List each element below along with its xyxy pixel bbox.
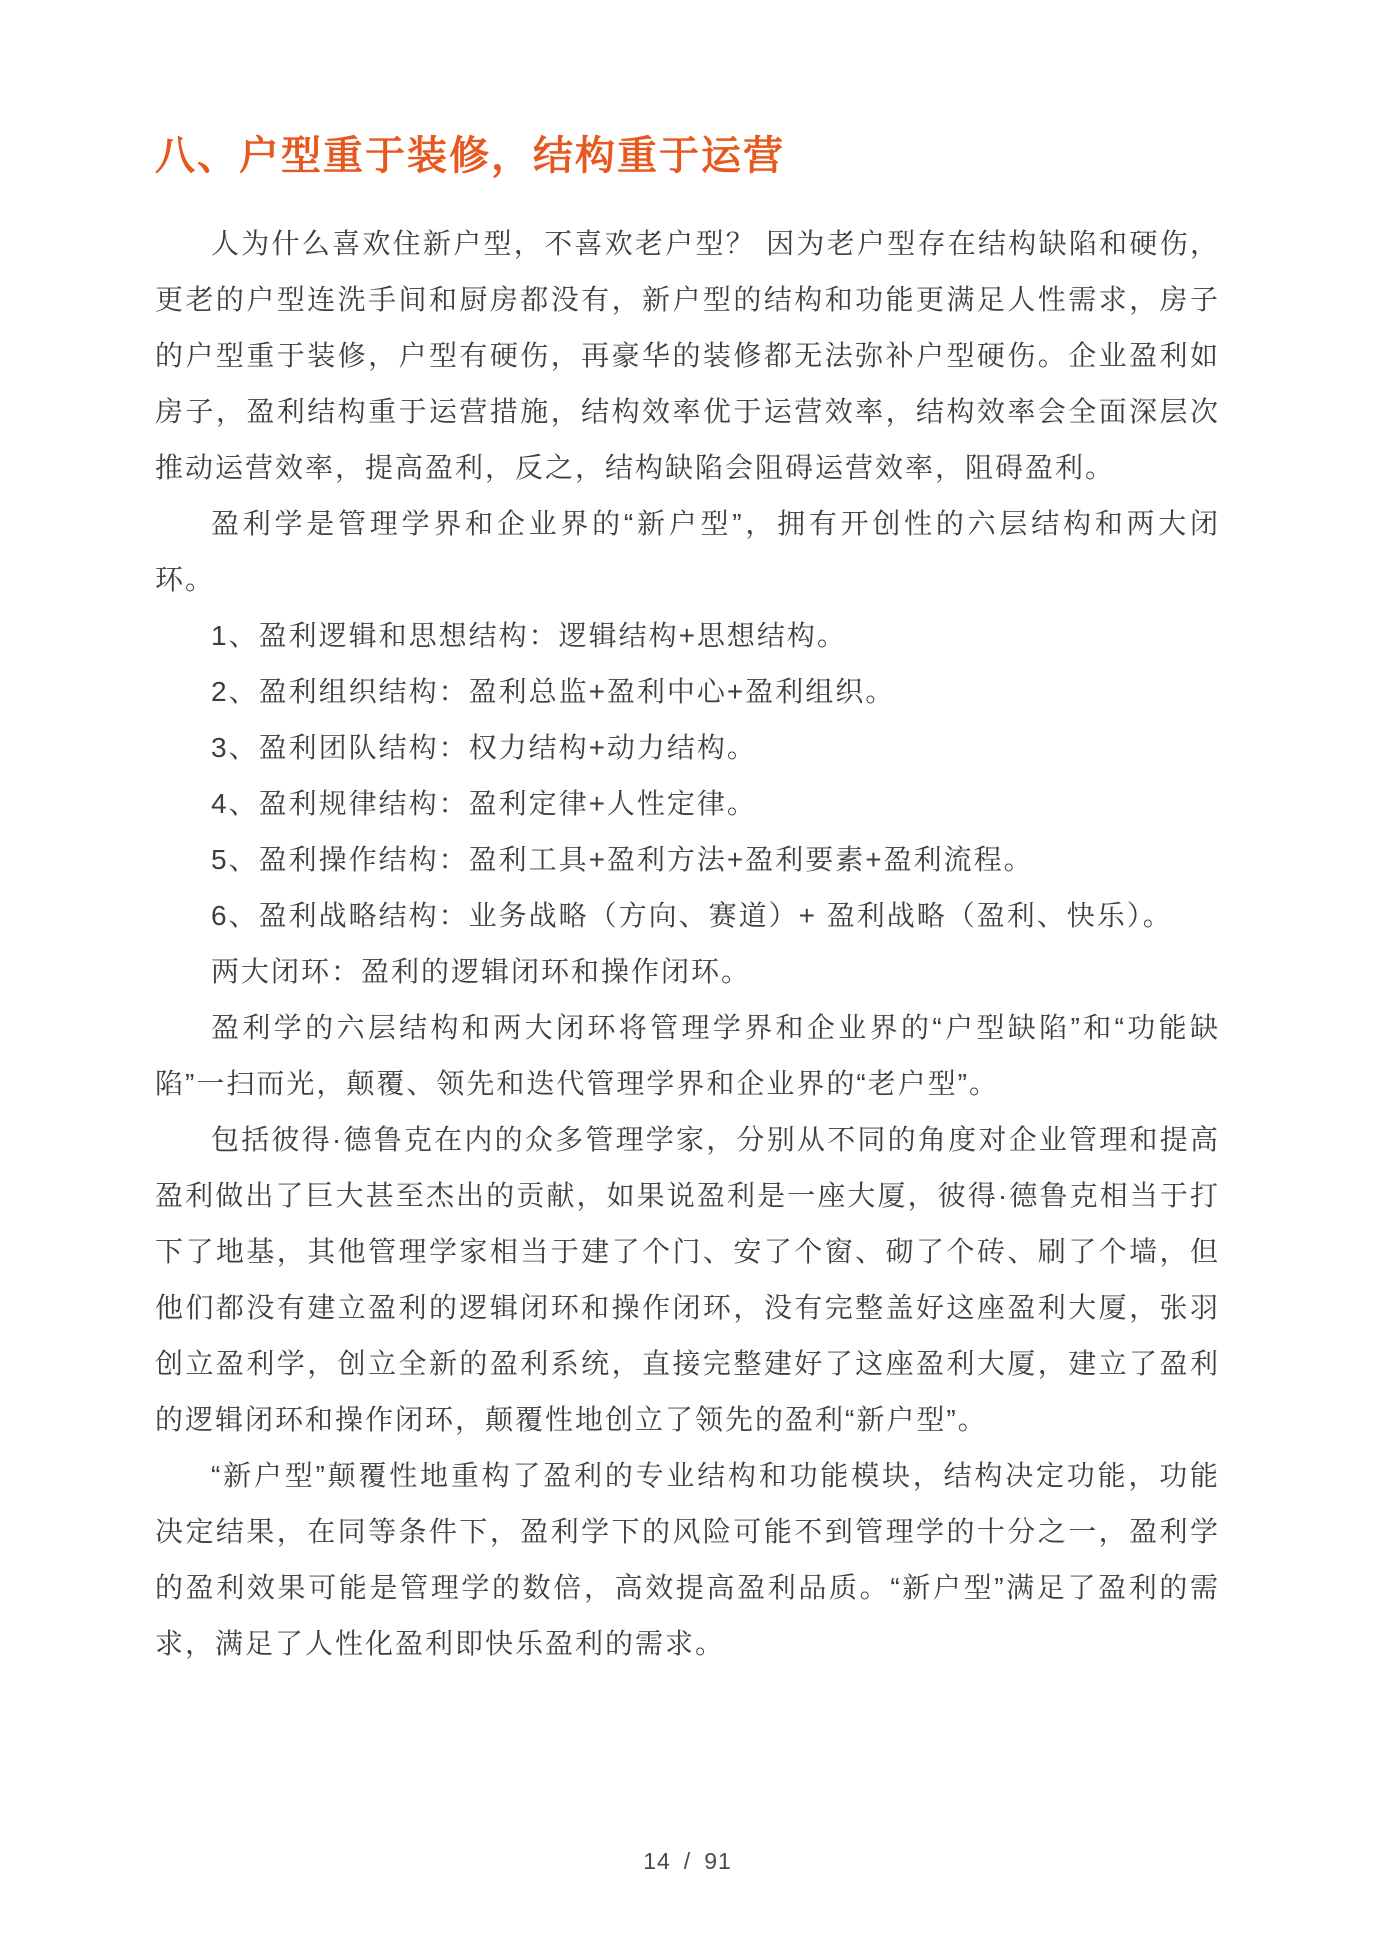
current-page-number: 14 [643, 1848, 671, 1874]
page-footer: 14/91 [0, 1848, 1375, 1875]
chapter-title: 八、户型重于装修，结构重于运营 [155, 130, 1220, 182]
paragraph-summary: 盈利学的六层结构和两大闭环将管理学界和企业界的“户型缺陷”和“功能缺陷”一扫而光… [155, 1000, 1220, 1112]
list-item-1: 1、盈利逻辑和思想结构：逻辑结构+思想结构。 [155, 608, 1220, 664]
page-number-separator: / [684, 1848, 691, 1874]
paragraph-drucker: 包括彼得·德鲁克在内的众多管理学家，分别从不同的角度对企业管理和提高盈利做出了巨… [155, 1112, 1220, 1448]
paragraph-intro-1: 人为什么喜欢住新户型，不喜欢老户型？ 因为老户型存在结构缺陷和硬伤，更老的户型连… [155, 216, 1220, 496]
paragraph-intro-2: 盈利学是管理学界和企业界的“新户型”，拥有开创性的六层结构和两大闭环。 [155, 496, 1220, 608]
list-item-6: 6、盈利战略结构：业务战略（方向、赛道）+ 盈利战略（盈利、快乐）。 [155, 888, 1220, 944]
list-item-5: 5、盈利操作结构：盈利工具+盈利方法+盈利要素+盈利流程。 [155, 832, 1220, 888]
total-page-count: 91 [704, 1848, 732, 1874]
list-item-2: 2、盈利组织结构：盈利总监+盈利中心+盈利组织。 [155, 664, 1220, 720]
list-item-4: 4、盈利规律结构：盈利定律+人性定律。 [155, 776, 1220, 832]
page-content: 八、户型重于装修，结构重于运营 人为什么喜欢住新户型，不喜欢老户型？ 因为老户型… [155, 130, 1220, 1672]
paragraph-conclusion: “新户型”颠覆性地重构了盈利的专业结构和功能模块，结构决定功能，功能决定结果，在… [155, 1448, 1220, 1672]
list-item-3: 3、盈利团队结构：权力结构+动力结构。 [155, 720, 1220, 776]
closing-line: 两大闭环：盈利的逻辑闭环和操作闭环。 [155, 944, 1220, 1000]
document-page: 八、户型重于装修，结构重于运营 人为什么喜欢住新户型，不喜欢老户型？ 因为老户型… [0, 0, 1375, 1947]
